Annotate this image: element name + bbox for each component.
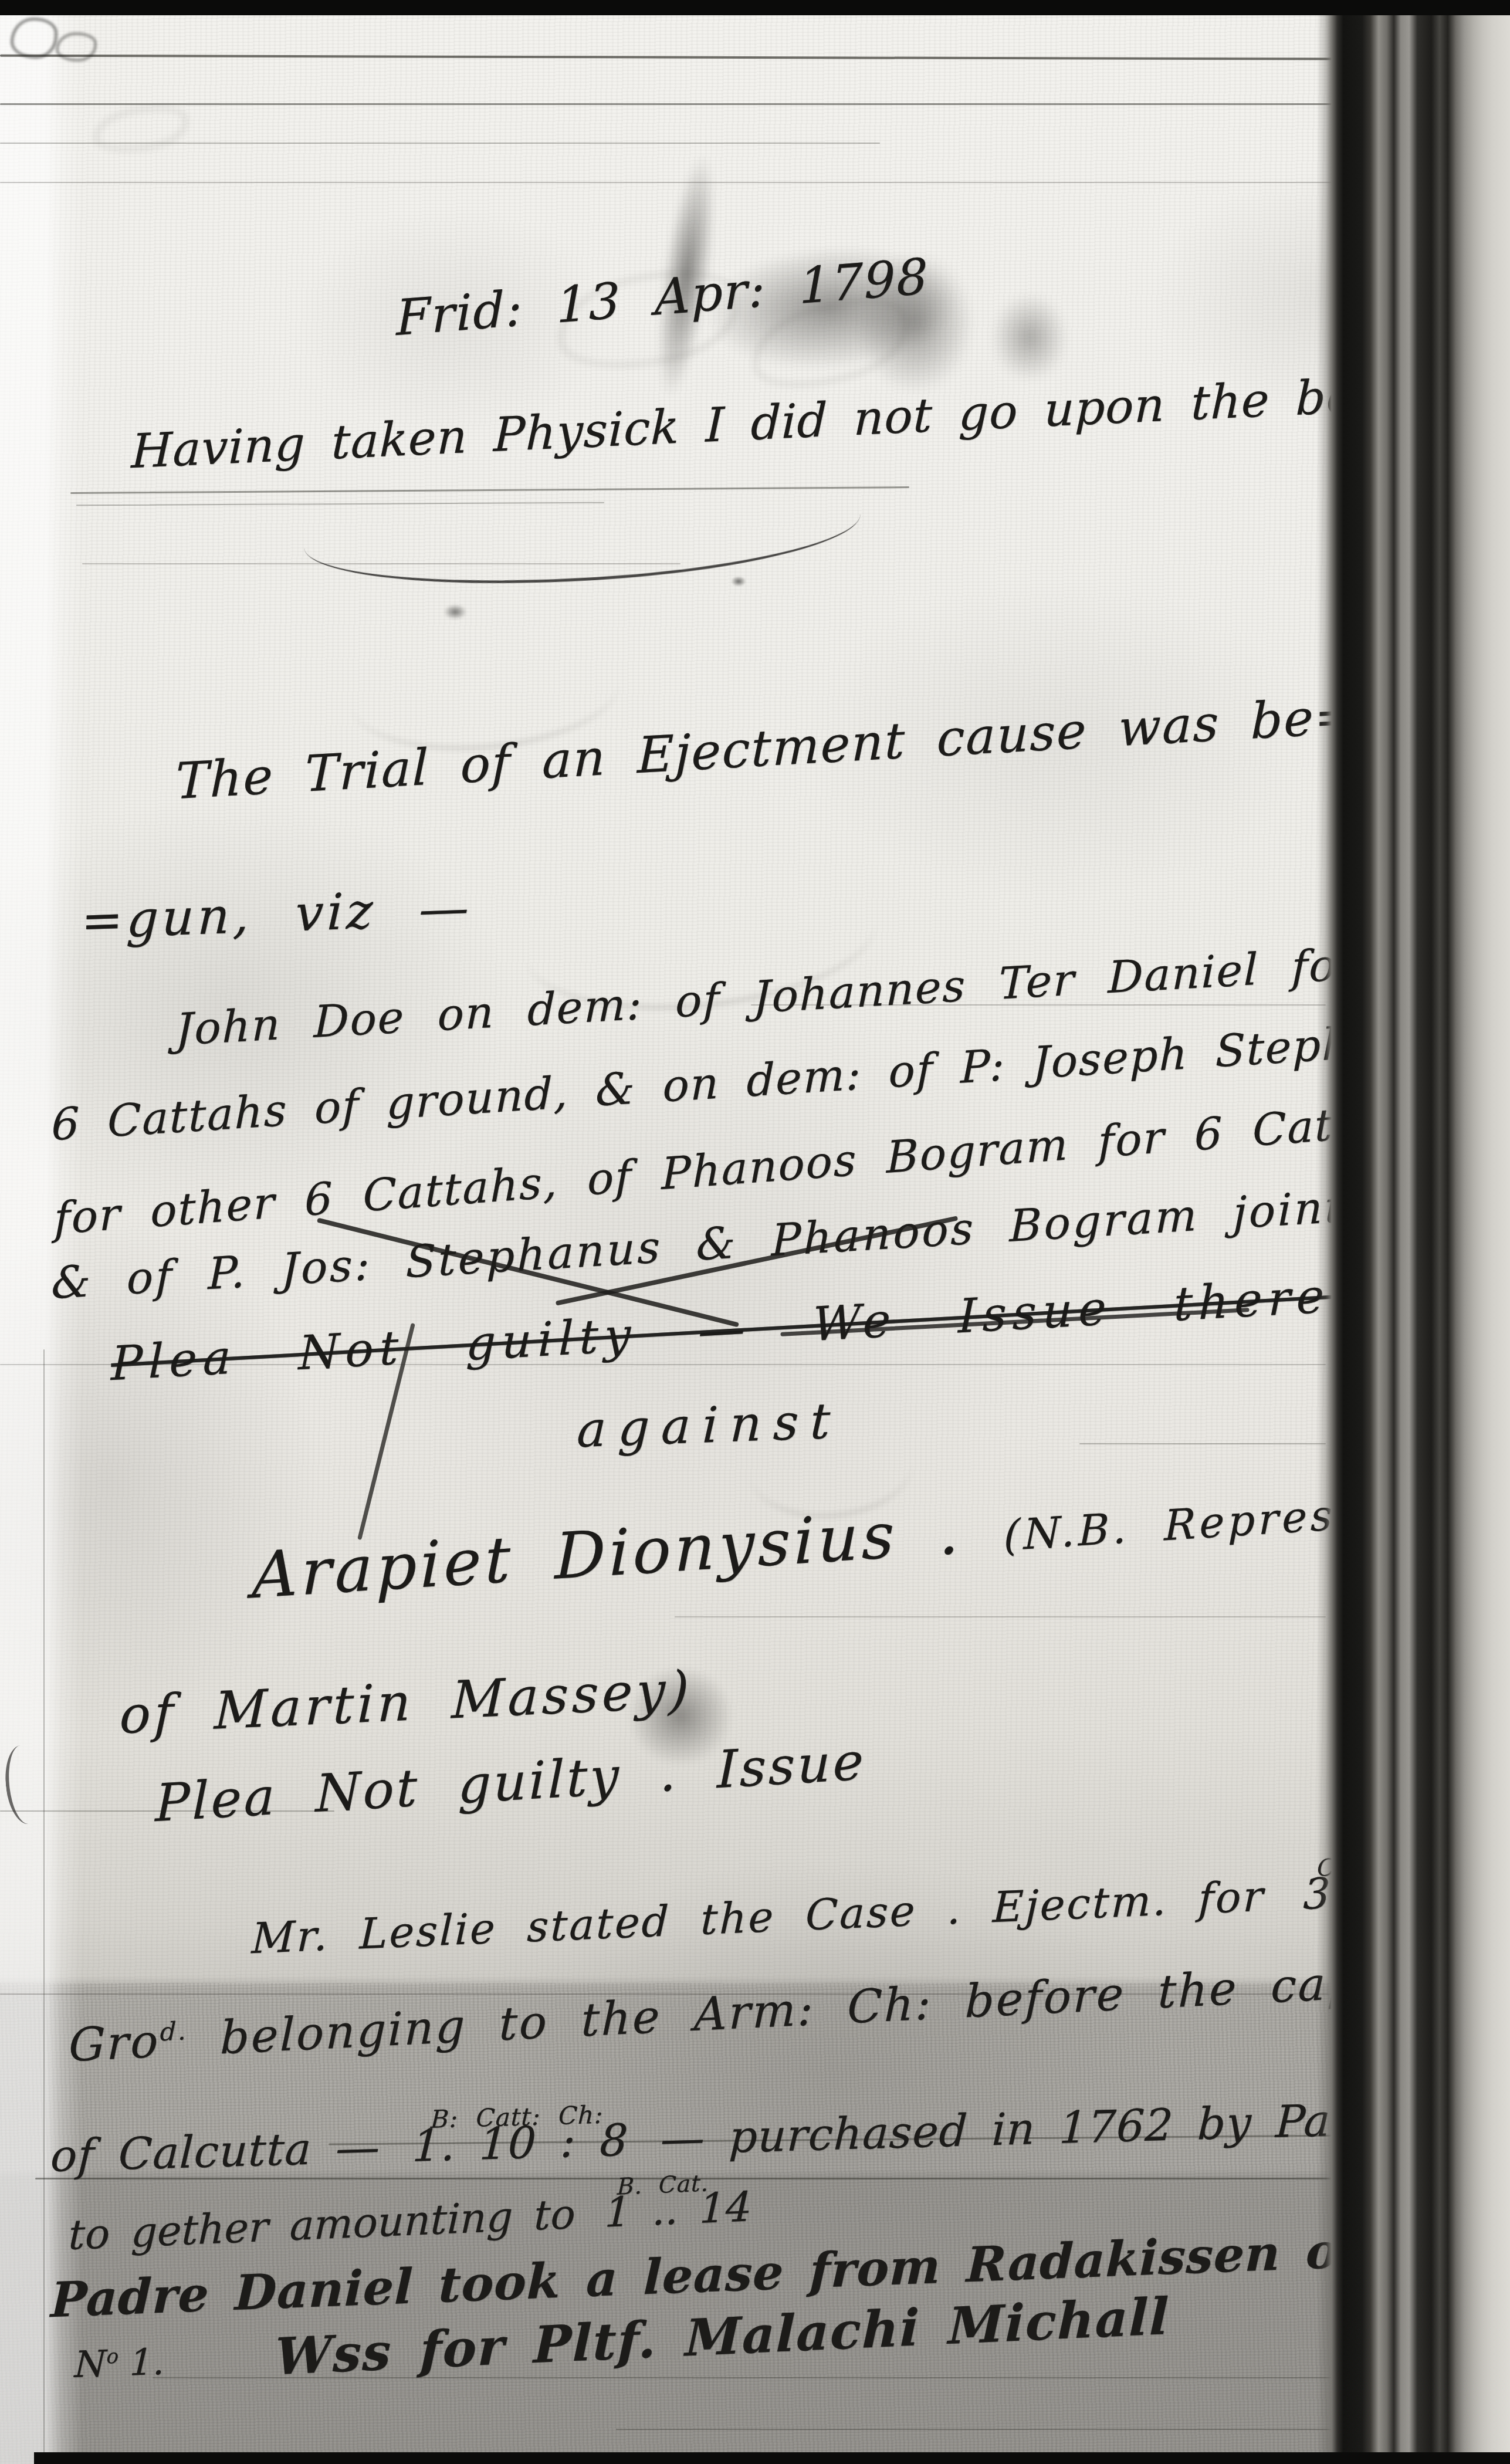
scratch-line: [1079, 1443, 1326, 1444]
scanned-manuscript-screenshot: { "colors": { "paper_light": "#f3f2ee", …: [0, 0, 1510, 2464]
scratch-line: [616, 2429, 1484, 2430]
margin-number-value: 1.: [129, 2340, 165, 2384]
pencil-mark: [92, 102, 190, 156]
amount-with-unit: B: Catt: Ch:1. 10 : 8: [411, 2118, 629, 2168]
plea-line: Plea Not guilty . Issue: [155, 1735, 866, 1829]
corner-ink-blob: [56, 32, 97, 62]
currency-unit-superscript: B. Cat.: [617, 2172, 709, 2199]
margin-number-superscript: o: [106, 2345, 119, 2369]
defendant-name: Arapiet Dionysius .: [252, 1495, 963, 1613]
counsel-statement-line: Mr. Leslie stated the Case . Ejectm. for…: [251, 1866, 1475, 1959]
currency-unit-superscript: B: Catt: Ch:: [430, 2102, 604, 2131]
manuscript-page: Frid: 13 Apr: 1798 Having taken Physick …: [0, 0, 1510, 2464]
margin-paren-mark: [2, 1744, 42, 1826]
amount-with-unit: B. Cat.1 .. 14: [604, 2186, 752, 2233]
ink-smudge: [991, 293, 1068, 381]
scratch-line: [70, 486, 909, 494]
counsel-statement: Mr. Leslie stated the Case . Ejectm. for: [251, 1871, 1265, 1964]
trial-line-2: =gun, viz —: [80, 883, 473, 946]
defendant-note-superscript: ve: [1415, 1460, 1471, 1512]
ink-dot: [443, 604, 467, 620]
versus-word: against: [576, 1396, 842, 1454]
defendant-note-continuation: of Martin Massey): [119, 1664, 693, 1742]
ground-abbrev-superscript: d.: [160, 2016, 188, 2047]
calcutta-line: of Calcutta — B: Catt: Ch:1. 10 : 8 — pu…: [50, 2088, 1510, 2179]
scratch-line: [0, 55, 1510, 61]
calcutta-text-pre: of Calcutta —: [50, 2121, 381, 2182]
ground-abbrev: Gro: [68, 2015, 160, 2072]
ink-dot: [731, 576, 746, 587]
corner-ink-blob: [11, 18, 57, 59]
scratch-line: [76, 502, 604, 506]
page-edge-top: [0, 0, 1510, 15]
margin-number-letter: N: [74, 2342, 107, 2386]
margin-number: No 1.: [74, 2344, 165, 2383]
scratch-line: [0, 103, 1510, 105]
total-text: to gether amounting to: [68, 2190, 576, 2259]
amount-with-unit: Cat Ch:2 : 4: [1393, 2219, 1510, 2273]
scratch-line: [0, 182, 1510, 183]
page-edge-bottom: [34, 2452, 1510, 2464]
fold-line-vertical: [43, 1349, 45, 2452]
scratch-line: [675, 1616, 1326, 1617]
currency-unit-superscript: Cat Ch:: [1405, 2201, 1510, 2233]
flourish-divider: [304, 514, 863, 598]
currency-unit-superscript: Cat. Ch:: [1317, 1852, 1435, 1880]
ground-text: belonging to the Arm: Ch: before the cap…: [219, 1951, 1462, 2065]
scratch-line: [35, 2178, 1490, 2179]
ground-line: Grod. belonging to the Arm: Ch: before t…: [68, 1955, 1462, 2069]
calcutta-text-rest: — purchased in 1762 by Padre Daniel: [659, 2087, 1510, 2165]
amount-total-line: to gether amounting to B. Cat.1 .. 14: [68, 2186, 760, 2256]
amount-with-unit: Cat. Ch:3 : 12: [1303, 1866, 1467, 1915]
defendant-note: (N.B. Represent: [1004, 1485, 1416, 1560]
